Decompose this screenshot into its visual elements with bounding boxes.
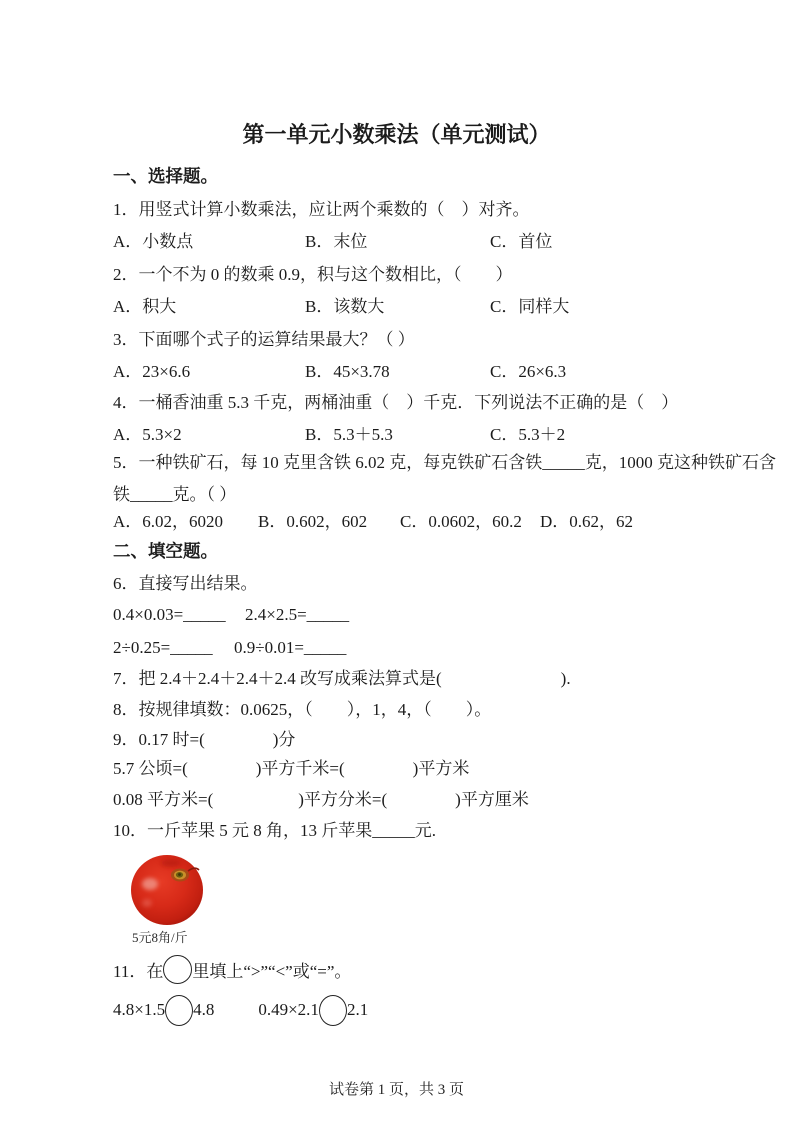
question-5-text-line2: 铁_____克。（ ） [113, 484, 236, 505]
q11-prefix: 11．在 [113, 957, 163, 982]
apple-price-caption: 5元8角/斤 [132, 927, 188, 946]
question-3-text: 3．下面哪个式子的运算结果最大？（ ） [113, 329, 415, 350]
question-7-text: 7．把 2.4＋2.4＋2.4＋2.4 改写成乘法算式是( ). [113, 668, 571, 689]
q5-option-a: A．6.02，6020 [113, 511, 223, 532]
question-9-line2: 5.7 公顷=( )平方千米=( )平方米 [113, 758, 469, 779]
q6-expression-1: 0.4×0.03=_____ [113, 604, 226, 625]
question-9-line3: 0.08 平方米=( )平方分米=( )平方厘米 [113, 789, 529, 810]
question-10-text: 10．一斤苹果 5 元 8 角，13 斤苹果_____元. [113, 820, 436, 841]
q5-option-d: D．0.62，62 [540, 511, 633, 532]
question-2-text: 2．一个不为 0 的数乘 0.9，积与这个数相比，（ ） [113, 264, 513, 285]
q11-answer-circle [163, 955, 192, 984]
page-title: 第一单元小数乘法（单元测试） [0, 118, 793, 149]
section-heading-fill: 二、填空题。 [113, 541, 218, 562]
q1-option-c: C．首位 [490, 231, 552, 252]
question-4-text: 4．一桶香油重 5.3 千克，两桶油重（ ）千克．下列说法不正确的是（ ） [113, 392, 678, 413]
q4-option-a: A．5.3×2 [113, 424, 182, 445]
question-6-text: 6．直接写出结果。 [113, 573, 258, 594]
question-9-line1: 9．0.17 时=( )分 [113, 729, 295, 750]
question-11-line: 11．在 里填上“>”“<”或“=”。 [113, 954, 351, 984]
compare-2-left: 0.49×2.1 [258, 1000, 319, 1020]
q5-option-b: B．0.602，602 [258, 511, 367, 532]
compare-2-circle [319, 995, 347, 1026]
q3-option-a: A．23×6.6 [113, 361, 190, 382]
compare-2-right: 2.1 [347, 1000, 368, 1020]
apple-image [127, 851, 207, 927]
question-1-text: 1．用竖式计算小数乘法，应让两个乘数的（ ）对齐。 [113, 199, 530, 220]
q11-suffix: 里填上“>”“<”或“=”。 [192, 957, 351, 982]
compare-1-left: 4.8×1.5 [113, 1000, 165, 1020]
question-5-text-line1: 5．一种铁矿石，每 10 克里含铁 6.02 克，每克铁矿石含铁_____克，1… [113, 452, 776, 473]
compare-1-circle [165, 995, 193, 1026]
q1-option-a: A．小数点 [113, 231, 193, 252]
q2-option-b: B．该数大 [305, 296, 384, 317]
q2-option-c: C．同样大 [490, 296, 569, 317]
page-footer: 试卷第 1 页，共 3 页 [0, 1078, 793, 1099]
q6-expression-2: 2.4×2.5=_____ [245, 604, 349, 625]
q3-option-c: C．26×6.3 [490, 361, 566, 382]
section-heading-choice: 一、选择题。 [113, 166, 218, 187]
question-11-compare-row: 4.8×1.5 4.8 0.49×2.1 2.1 [113, 994, 368, 1026]
q4-option-b: B．5.3＋5.3 [305, 424, 393, 445]
q1-option-b: B．末位 [305, 231, 367, 252]
q5-option-c: C．0.0602，60.2 [400, 511, 522, 532]
q2-option-a: A．积大 [113, 296, 176, 317]
q4-option-c: C．5.3＋2 [490, 424, 565, 445]
question-8-text: 8．按规律填数：0.0625，（ ），1，4，（ ）。 [113, 699, 491, 720]
q6-expression-3: 2÷0.25=_____ [113, 637, 213, 658]
q3-option-b: B．45×3.78 [305, 361, 390, 382]
worksheet-page: 第一单元小数乘法（单元测试） 一、选择题。 1．用竖式计算小数乘法，应让两个乘数… [0, 0, 793, 1122]
compare-1-right: 4.8 [193, 1000, 214, 1020]
q6-expression-4: 0.9÷0.01=_____ [234, 637, 346, 658]
